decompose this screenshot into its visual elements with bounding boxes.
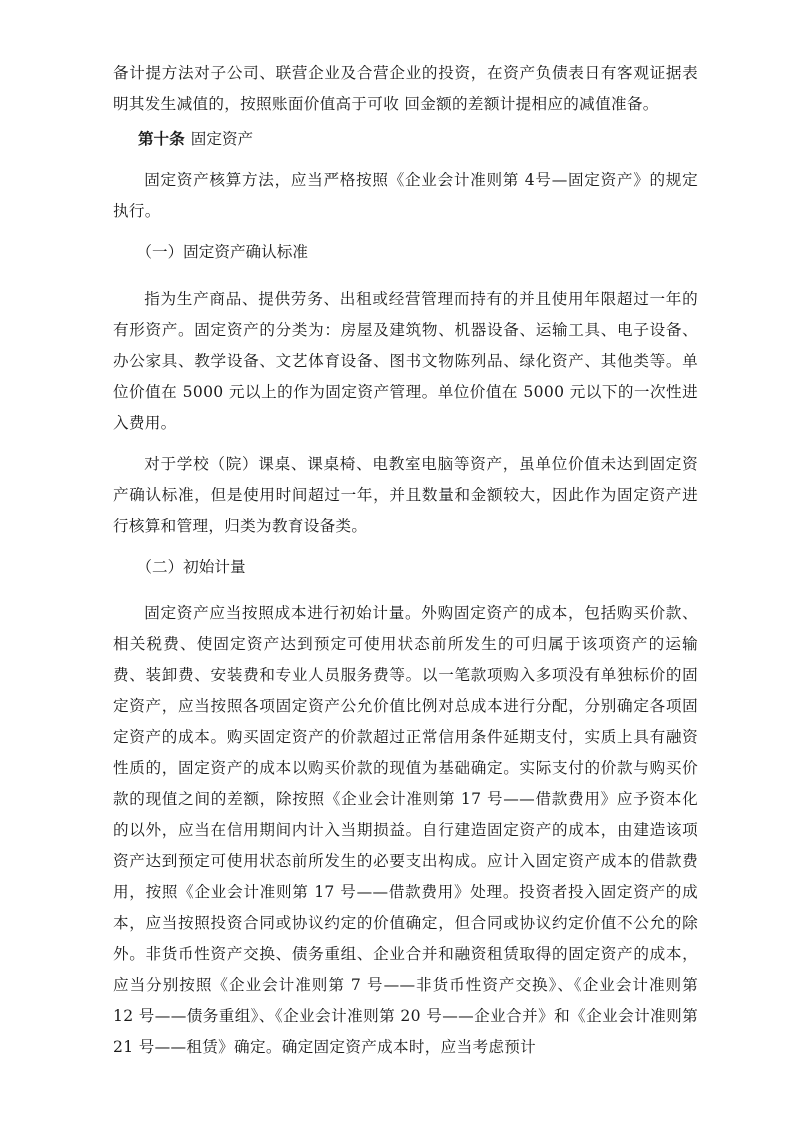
article-heading: 第十条固定资产 — [113, 123, 698, 155]
document-page: 备计提方法对子公司、联营企业及合营企业的投资，在资产负债表日有客观证据表明其发生… — [113, 58, 698, 1063]
section-heading-recognition: （一）固定资产确认标准 — [113, 237, 698, 268]
paragraph-impairment-continuation: 备计提方法对子公司、联营企业及合营企业的投资，在资产负债表日有客观证据表明其发生… — [113, 58, 698, 120]
paragraph-school-assets: 对于学校（院）课桌、课桌椅、电教室电脑等资产，虽单位价值未达到固定资产确认标准，… — [113, 449, 698, 542]
paragraph-initial-measurement: 固定资产应当按照成本进行初始计量。外购固定资产的成本，包括购买价款、相关税费、使… — [113, 598, 698, 1063]
section-heading-initial-measurement: （二）初始计量 — [113, 552, 698, 583]
paragraph-accounting-method: 固定资产核算方法，应当严格按照《企业会计准则第 4号—固定资产》的规定执行。 — [113, 165, 698, 227]
article-title: 固定资产 — [191, 130, 253, 148]
paragraph-definition: 指为生产商品、提供劳务、出租或经营管理而持有的并且使用年限超过一年的有形资产。固… — [113, 284, 698, 439]
article-number: 第十条 — [138, 129, 185, 148]
